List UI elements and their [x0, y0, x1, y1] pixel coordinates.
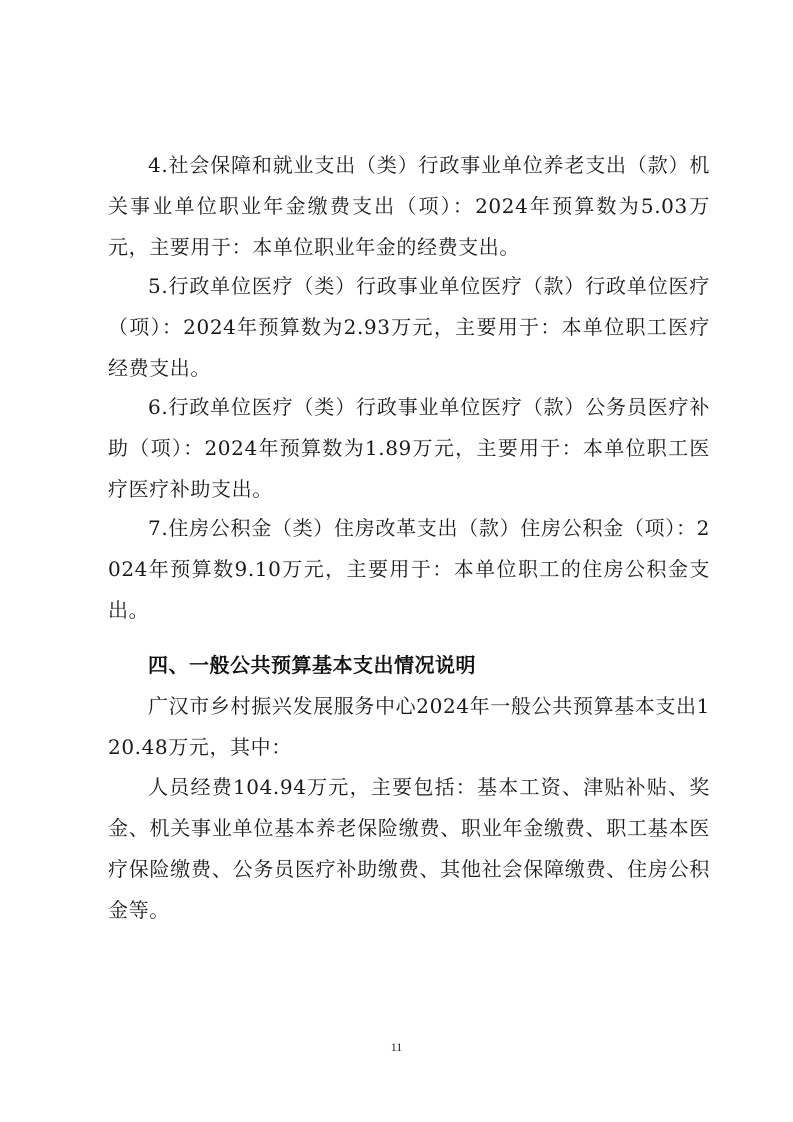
summary-paragraph: 广汉市乡村振兴发展服务中心2024年一般公共预算基本支出120.48万元，其中：	[108, 686, 710, 768]
section-heading: 四、一般公共预算基本支出情况说明	[108, 645, 710, 686]
personnel-expense-paragraph: 人员经费104.94万元，主要包括：基本工资、津贴补贴、奖金、机关事业单位基本养…	[108, 767, 710, 931]
budget-item-5: 5.行政单位医疗（类）行政事业单位医疗（款）行政单位医疗（项）：2024年预算数…	[108, 266, 710, 389]
budget-item-6: 6.行政单位医疗（类）行政事业单位医疗（款）公务员医疗补助（项）：2024年预算…	[108, 387, 710, 510]
page-number: 11	[0, 1040, 793, 1055]
budget-item-4: 4.社会保障和就业支出（类）行政事业单位养老支出（款）机关事业单位职业年金缴费支…	[108, 145, 710, 268]
budget-item-7: 7.住房公积金（类）住房改革支出（款）住房公积金（项）：2024年预算数9.10…	[108, 508, 710, 631]
